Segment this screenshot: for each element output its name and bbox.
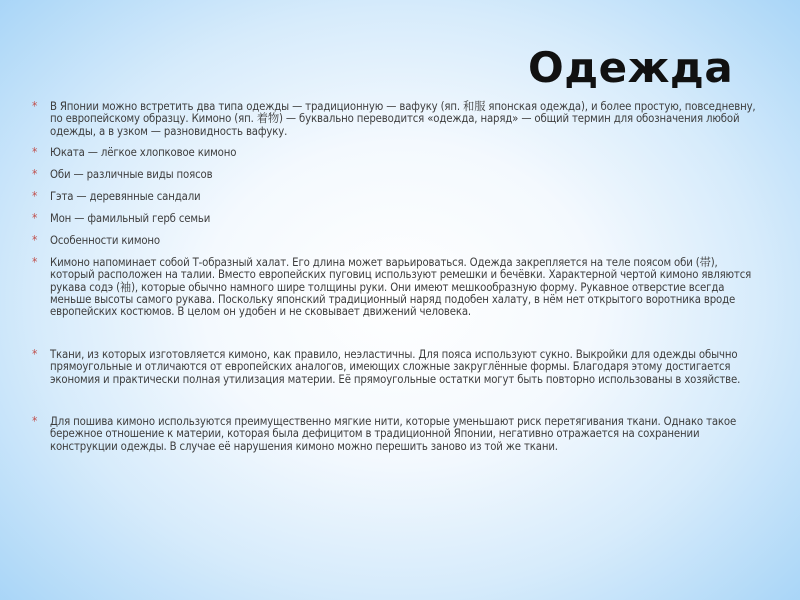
asterisk-bullet-icon: *: [32, 212, 37, 224]
item-text: Для пошива кимоно используются преимущес…: [50, 415, 736, 453]
list-item: * Для пошива кимоно используются преимущ…: [32, 416, 762, 453]
list-item: * Мон — фамильный герб семьи: [32, 213, 762, 225]
asterisk-bullet-icon: *: [32, 348, 37, 360]
item-text: Кимоно напоминает собой Т-образный халат…: [50, 256, 751, 319]
item-text: Гэта — деревянные сандали: [50, 190, 201, 203]
item-text: Юката — лёгкое хлопковое кимоно: [50, 146, 236, 159]
asterisk-bullet-icon: *: [32, 146, 37, 158]
list-item: * Ткани, из которых изготовляется кимоно…: [32, 349, 762, 386]
list-item: * Гэта — деревянные сандали: [32, 191, 762, 203]
asterisk-bullet-icon: *: [32, 168, 37, 180]
slide-title: Одежда: [528, 44, 733, 92]
list-item: * Особенности кимоно: [32, 235, 762, 247]
list-item: * В Японии можно встретить два типа одеж…: [32, 101, 762, 138]
bullet-list: * В Японии можно встретить два типа одеж…: [32, 101, 762, 462]
list-item: * Юката — лёгкое хлопковое кимоно: [32, 147, 762, 159]
list-item: * Оби — различные виды поясов: [32, 169, 762, 181]
asterisk-bullet-icon: *: [32, 234, 37, 246]
item-text: Оби — различные виды поясов: [50, 168, 212, 181]
asterisk-bullet-icon: *: [32, 256, 37, 268]
slide: Одежда * В Японии можно встретить два ти…: [0, 0, 800, 600]
item-text: Мон — фамильный герб семьи: [50, 212, 210, 225]
item-text: Особенности кимоно: [50, 234, 160, 247]
item-text: В Японии можно встретить два типа одежды…: [50, 100, 756, 138]
asterisk-bullet-icon: *: [32, 100, 37, 112]
asterisk-bullet-icon: *: [32, 415, 37, 427]
item-text: Ткани, из которых изготовляется кимоно, …: [50, 348, 740, 386]
asterisk-bullet-icon: *: [32, 190, 37, 202]
list-item: * Кимоно напоминает собой Т-образный хал…: [32, 257, 762, 319]
